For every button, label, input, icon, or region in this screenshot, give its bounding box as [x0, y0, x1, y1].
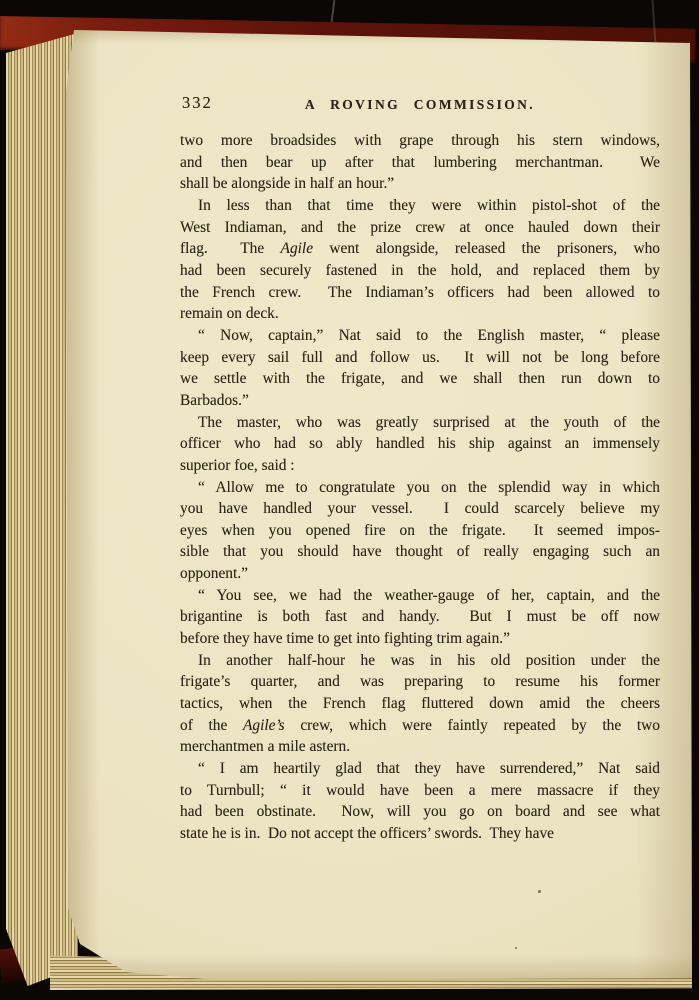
text-line: officer who had so ably handled his ship…	[180, 433, 660, 455]
text-line: shall be alongside in half an hour.”	[180, 173, 660, 195]
paragraph: “ Now, captain,” Nat said to the English…	[180, 325, 660, 412]
text-line: state he is in. Do not accept the office…	[180, 823, 660, 845]
film-scratch	[331, 0, 336, 22]
text-line: keep every sail full and follow us. It w…	[180, 347, 660, 369]
text-line: had been securely fastened in the hold, …	[180, 260, 660, 282]
paragraph: In less than that time they were within …	[180, 195, 660, 325]
text-line: before they have time to get into fighti…	[180, 628, 660, 650]
text-line: opponent.”	[180, 563, 660, 585]
text-line: The master, who was greatly surprised at…	[180, 412, 660, 434]
text-line: tactics, when the French flag fluttered …	[180, 693, 660, 715]
paragraph: “ Allow me to congratulate you on the sp…	[180, 477, 660, 585]
text-line: “ I am heartily glad that they have surr…	[180, 758, 660, 780]
text-line: In less than that time they were within …	[180, 195, 660, 217]
paragraph: “ You see, we had the weather-gauge of h…	[180, 585, 660, 650]
text-line: West Indiaman, and the prize crew at onc…	[180, 217, 660, 239]
text-line: brigantine is both fast and handy. But I…	[180, 606, 660, 628]
text-line: sible that you should have thought of re…	[180, 541, 660, 563]
text-line: “ Allow me to congratulate you on the sp…	[180, 477, 660, 499]
text-line: two more broadsides with grape through h…	[180, 130, 660, 152]
running-head: 332 A ROVING COMMISSION.	[180, 92, 660, 130]
text-line: remain on deck.	[180, 303, 660, 325]
text-line: In another half-hour he was in his old p…	[180, 650, 660, 672]
paragraph: The master, who was greatly surprised at…	[180, 412, 660, 477]
text-line: “ You see, we had the weather-gauge of h…	[180, 585, 660, 607]
printed-text-block: 332 A ROVING COMMISSION. two more broads…	[180, 92, 660, 845]
paper-speck	[538, 890, 541, 893]
text-line: of the Agile’s crew, which were faintly …	[180, 715, 660, 737]
paragraph: In another half-hour he was in his old p…	[180, 650, 660, 758]
book-scan: 332 A ROVING COMMISSION. two more broads…	[0, 0, 699, 1000]
text-line: frigate’s quarter, and was preparing to …	[180, 671, 660, 693]
paragraph: two more broadsides with grape through h…	[180, 130, 660, 195]
text-line: “ Now, captain,” Nat said to the English…	[180, 325, 660, 347]
paper-speck	[515, 947, 517, 949]
text-line: we settle with the frigate, and we shall…	[180, 368, 660, 390]
paragraph: “ I am heartily glad that they have surr…	[180, 758, 660, 845]
running-header-title: A ROVING COMMISSION.	[180, 94, 660, 116]
text-line: eyes when you opened fire on the frigate…	[180, 520, 660, 542]
text-line: merchantmen a mile astern.	[180, 736, 660, 758]
text-line: the French crew. The Indiaman’s officers…	[180, 282, 660, 304]
text-line: to Turnbull; “ it would have been a mere…	[180, 780, 660, 802]
text-line: you have handled your vessel. I could sc…	[180, 498, 660, 520]
text-line: Barbados.”	[180, 390, 660, 412]
text-line: superior foe, said :	[180, 455, 660, 477]
text-line: flag. The Agile went alongside, released…	[180, 238, 660, 260]
text-line: and then bear up after that lumbering me…	[180, 152, 660, 174]
text-line: had been obstinate. Now, will you go on …	[180, 801, 660, 823]
page-body: two more broadsides with grape through h…	[180, 130, 660, 845]
